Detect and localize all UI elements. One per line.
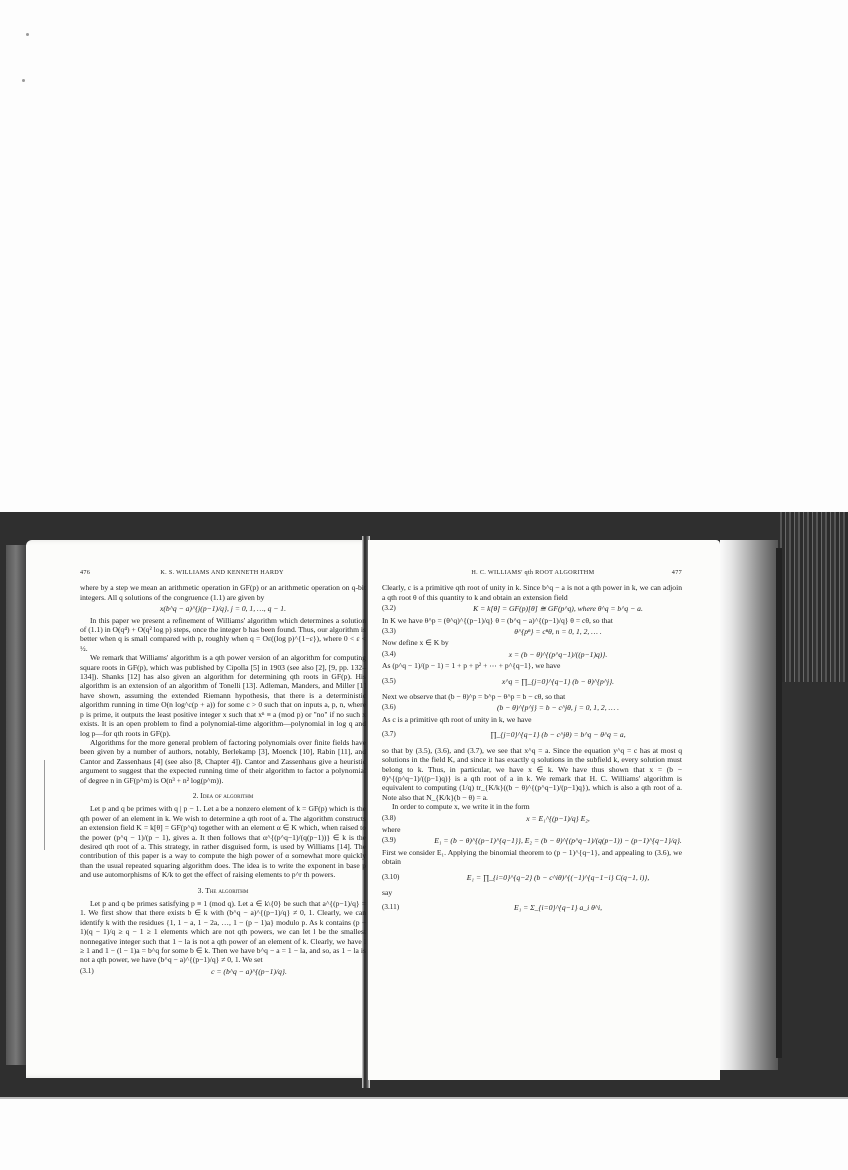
equation-body: ∏_{j=0}^{q−1} (b − c^jθ) = b^q − θ^q = a… <box>434 730 682 739</box>
right-page-stack <box>720 540 778 1070</box>
paragraph: Let p and q be primes satisfying p ≡ 1 (… <box>80 899 366 965</box>
equation-body: x = (b − θ)^{(p^q−1)/((p−1)q)}. <box>434 650 682 659</box>
paragraph: Clearly, c is a primitive qth root of un… <box>382 583 682 602</box>
equation-number: (3.8) <box>382 814 434 823</box>
equation-number: (3.9) <box>382 836 434 845</box>
equation-number: (3.5) <box>382 677 434 686</box>
left-page-stack <box>6 545 26 1065</box>
paragraph: Let p and q be primes with q | p − 1. Le… <box>80 804 366 879</box>
section-heading-3: 3. The algorithm <box>80 886 366 895</box>
equation-body: K = k[θ] = GF(p)[θ] ≅ GF(p^q), where θ^q… <box>434 604 682 613</box>
paragraph: Now define x ∈ K by <box>382 638 682 647</box>
right-page-content: H. C. WILLIAMS' qth ROOT ALGORITHM 477 C… <box>382 568 682 919</box>
paragraph: so that by (3.5), (3.6), and (3.7), we s… <box>382 746 682 802</box>
equation-3-6: (3.6) (b − θ)^{p^j} = b − c^jθ, j = 0, 1… <box>382 703 682 712</box>
equation-number: (3.1) <box>80 967 132 976</box>
equation-3-10: (3.10) E₁ = ∏_{i=0}^{q−2} (b − c^iθ)^{(−… <box>382 873 682 882</box>
paragraph: In K we have θ^p = (θ^q)^{(p−1)/q} θ = (… <box>382 616 682 625</box>
paragraph: First we consider E₁. Applying the binom… <box>382 848 682 867</box>
equation-3-9: (3.9) E₁ = (b − θ)^{(p−1)^{q−1}}, E₂ = (… <box>382 836 682 845</box>
equation-3-5: (3.5) x^q = ∏_{j=0}^{q−1} (b − θ)^{p^j}. <box>382 677 682 686</box>
equation-number: (3.3) <box>382 627 434 636</box>
bleed-through-marks <box>44 760 59 850</box>
left-running-head: 476 K. S. WILLIAMS AND KENNETH HARDY <box>80 568 366 577</box>
equation-body: θ^{pⁿ} = cⁿθ, n = 0, 1, 2, … . <box>434 627 682 636</box>
paragraph: We remark that Williams' algorithm is a … <box>80 653 366 738</box>
scan-speck <box>22 79 25 82</box>
equation-body: (b − θ)^{p^j} = b − c^jθ, j = 0, 1, 2, …… <box>434 703 682 712</box>
equation-number: (3.2) <box>382 604 434 613</box>
left-page-content: 476 K. S. WILLIAMS AND KENNETH HARDY whe… <box>80 568 366 978</box>
equation-3-2: (3.2) K = k[θ] = GF(p)[θ] ≅ GF(p^q), whe… <box>382 604 682 613</box>
equation-3-1: (3.1) c = (b^q − a)^{(p−1)/q}. <box>80 967 366 976</box>
equation-number: (3.11) <box>382 903 434 912</box>
equation-body: E₁ = ∏_{i=0}^{q−2} (b − c^iθ)^{(−1)^{q−1… <box>434 873 682 882</box>
paragraph: where by a step we mean an arithmetic op… <box>80 583 366 602</box>
scan-bottom-margin <box>0 1097 848 1170</box>
equation-body: x = E₁^{(p−1)/q} E₂, <box>434 814 682 823</box>
paragraph: In order to compute x, we write it in th… <box>382 802 682 811</box>
paragraph: As (p^q − 1)/(p − 1) = 1 + p + p² + ⋯ + … <box>382 661 682 670</box>
equation-body: E₁ = (b − θ)^{(p−1)^{q−1}}, E₂ = (b − θ)… <box>434 836 682 845</box>
paragraph: Next we observe that (b − θ)^p = b^p − θ… <box>382 692 682 701</box>
right-cover-edge <box>776 548 782 1058</box>
paragraph: In this paper we present a refinement of… <box>80 616 366 654</box>
paragraph: where <box>382 825 682 834</box>
right-header-title: H. C. WILLIAMS' qth ROOT ALGORITHM <box>471 568 594 577</box>
scan-bottom-edge <box>0 1097 848 1099</box>
equation-number: (3.7) <box>382 730 434 739</box>
section-heading-2: 2. Idea of algorithm <box>80 791 366 800</box>
equation-body: E₁ = Σ_{i=0}^{q−1} a_i θ^i, <box>434 903 682 912</box>
display-equation: x(b^q − a)^{j(p−1)/q}, j = 0, 1, …, q − … <box>80 604 366 613</box>
equation-3-3: (3.3) θ^{pⁿ} = cⁿθ, n = 0, 1, 2, … . <box>382 627 682 636</box>
scan-speck <box>26 33 29 36</box>
book-edge-stripes <box>780 512 848 682</box>
equation-number: (3.10) <box>382 873 434 882</box>
left-page-number: 476 <box>80 568 90 577</box>
equation-number: (3.6) <box>382 703 434 712</box>
equation-number: (3.4) <box>382 650 434 659</box>
equation-body: c = (b^q − a)^{(p−1)/q}. <box>132 967 366 976</box>
equation-3-7: (3.7) ∏_{j=0}^{q−1} (b − c^jθ) = b^q − θ… <box>382 730 682 739</box>
equation-body: x^q = ∏_{j=0}^{q−1} (b − θ)^{p^j}. <box>434 677 682 686</box>
right-page-number: 477 <box>672 568 682 577</box>
equation-3-8: (3.8) x = E₁^{(p−1)/q} E₂, <box>382 814 682 823</box>
equation-3-11: (3.11) E₁ = Σ_{i=0}^{q−1} a_i θ^i, <box>382 903 682 912</box>
equation-3-4: (3.4) x = (b − θ)^{(p^q−1)/((p−1)q)}. <box>382 650 682 659</box>
paragraph: Algorithms for the more general problem … <box>80 738 366 785</box>
paragraph: As c is a primitive qth root of unity in… <box>382 715 682 724</box>
left-header-authors: K. S. WILLIAMS AND KENNETH HARDY <box>160 568 283 577</box>
right-running-head: H. C. WILLIAMS' qth ROOT ALGORITHM 477 <box>382 568 682 577</box>
paragraph: say <box>382 888 682 897</box>
